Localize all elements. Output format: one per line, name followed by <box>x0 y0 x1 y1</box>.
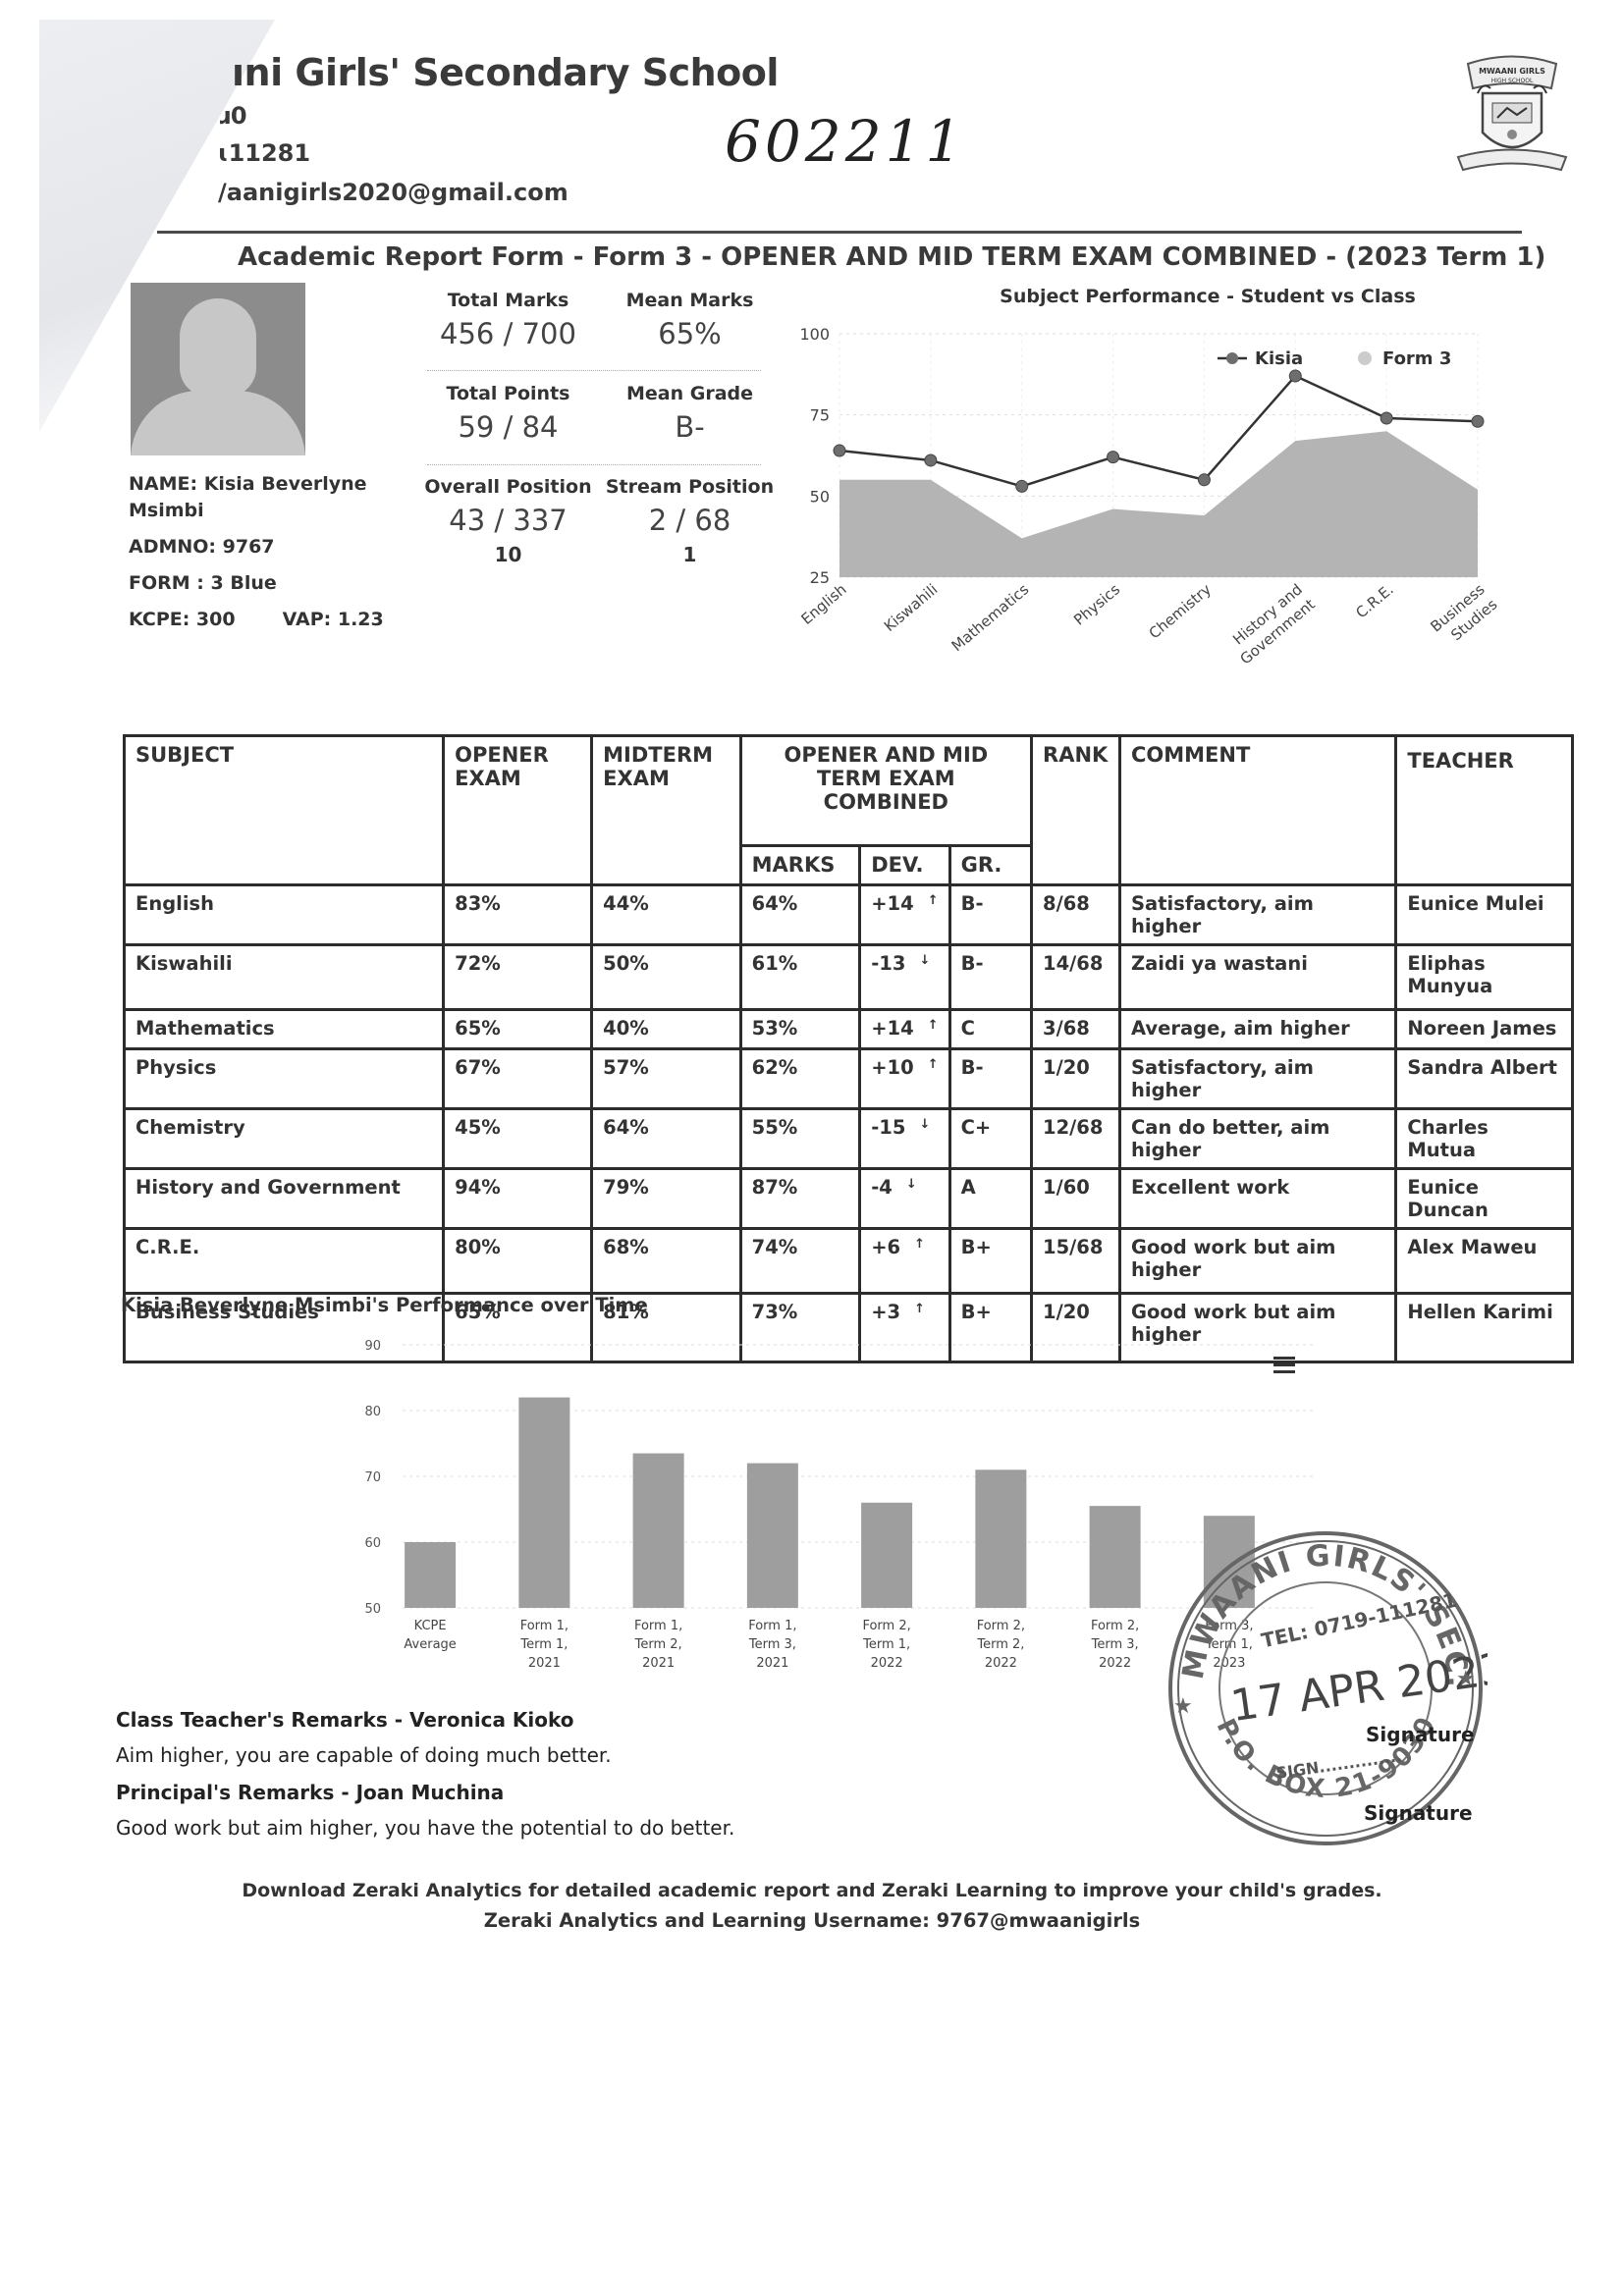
svg-text:Term 2,: Term 2, <box>634 1637 682 1652</box>
marks-cell: 61% <box>740 945 860 1010</box>
subject-cell: Mathematics <box>125 1010 444 1049</box>
opener-cell: 80% <box>444 1229 592 1294</box>
svg-text:2021: 2021 <box>528 1656 561 1671</box>
opener-cell: 67% <box>444 1049 592 1109</box>
teacher-cell: Hellen Karimi <box>1396 1294 1573 1362</box>
student-form: FORM : 3 Blue <box>129 570 384 597</box>
grade-cell: A <box>949 1169 1031 1229</box>
midterm-cell: 64% <box>592 1109 740 1169</box>
table-row: Kiswahili72%50%61%-13↓B-14/68Zaidi ya wa… <box>125 945 1573 1010</box>
school-crest-icon: MWAANI GIRLS HIGH SCHOOL <box>1443 44 1581 182</box>
svg-text:80: 80 <box>364 1405 381 1419</box>
opener-cell: 45% <box>444 1109 592 1169</box>
opener-cell: 72% <box>444 945 592 1010</box>
opener-cell: 83% <box>444 885 592 945</box>
svg-text:Term 3,: Term 3, <box>1091 1637 1139 1652</box>
arrow-up-icon: ↑ <box>928 1018 939 1033</box>
svg-text:KCPE: KCPE <box>414 1619 447 1633</box>
bar <box>1090 1506 1141 1608</box>
results-table: SUBJECT OPENER EXAM MIDTERM EXAM OPENER … <box>123 734 1574 1363</box>
teacher-cell: Eunice Duncan <box>1396 1169 1573 1229</box>
header-teacher: TEACHER <box>1396 736 1573 885</box>
total-marks: Total Marks 456 / 700 <box>417 290 599 350</box>
svg-text:2021: 2021 <box>756 1656 788 1671</box>
handwritten-number: 602211 <box>725 108 965 175</box>
student-photo <box>131 283 305 455</box>
stats-divider <box>427 370 761 371</box>
mean-marks: Mean Marks 65% <box>599 290 781 350</box>
footer-username: Zeraki Analytics and Learning Username: … <box>0 1909 1624 1932</box>
svg-text:2022: 2022 <box>985 1656 1017 1671</box>
svg-text:★: ★ <box>1456 1667 1476 1691</box>
bar <box>405 1542 456 1608</box>
midterm-cell: 50% <box>592 945 740 1010</box>
arrow-up-icon: ↑ <box>928 893 939 908</box>
dev-cell: +6↑ <box>860 1229 949 1294</box>
address-line-1: ɹ0 <box>218 102 247 130</box>
stamp-date: 17 APR 2023 <box>1227 1643 1488 1732</box>
header-grade: GR. <box>949 846 1031 885</box>
stream-position: Stream Position 2 / 68 1 <box>599 476 781 566</box>
rank-cell: 12/68 <box>1032 1109 1120 1169</box>
svg-text:25: 25 <box>810 568 830 587</box>
footer-download-note: Download Zeraki Analytics for detailed a… <box>0 1880 1624 1901</box>
teacher-cell: Eunice Mulei <box>1396 885 1573 945</box>
class-teacher-remarks-heading: Class Teacher's Remarks - Veronica Kioko <box>116 1708 734 1732</box>
svg-text:Chemistry: Chemistry <box>1146 580 1215 642</box>
student-kcpe: KCPE: 300 <box>129 609 236 630</box>
header-midterm: MIDTERM EXAM <box>592 736 740 885</box>
grade-cell: B- <box>949 885 1031 945</box>
table-row: English83%44%64%+14↑B-8/68Satisfactory, … <box>125 885 1573 945</box>
header-rank: RANK <box>1032 736 1120 885</box>
comment-cell: Average, aim higher <box>1120 1010 1396 1049</box>
svg-text:Form 2,: Form 2, <box>1091 1619 1139 1633</box>
grade-cell: B+ <box>949 1229 1031 1294</box>
mean-grade: Mean Grade B- <box>599 383 781 444</box>
table-row: Chemistry45%64%55%-15↓C+12/68Can do bett… <box>125 1109 1573 1169</box>
table-row: C.R.E.80%68%74%+6↑B+15/68Good work but a… <box>125 1229 1573 1294</box>
header-dev: DEV. <box>860 846 949 885</box>
svg-text:Mathematics: Mathematics <box>948 580 1033 655</box>
bar <box>747 1464 798 1608</box>
rank-cell: 15/68 <box>1032 1229 1120 1294</box>
bar <box>518 1398 569 1608</box>
rank-cell: 8/68 <box>1032 885 1120 945</box>
dev-cell: -4↓ <box>860 1169 949 1229</box>
marks-cell: 74% <box>740 1229 860 1294</box>
svg-text:HIGH SCHOOL: HIGH SCHOOL <box>1491 78 1534 84</box>
svg-text:Term 2,: Term 2, <box>976 1637 1024 1652</box>
midterm-cell: 40% <box>592 1010 740 1049</box>
dev-cell: -13↓ <box>860 945 949 1010</box>
svg-text:90: 90 <box>364 1339 381 1354</box>
svg-text:60: 60 <box>364 1536 381 1551</box>
svg-text:2022: 2022 <box>871 1656 903 1671</box>
address-line-2: ɩ11281 <box>218 139 310 167</box>
svg-text:Form 1,: Form 1, <box>748 1619 796 1633</box>
header-combined: OPENER AND MID TERM EXAM COMBINED <box>740 736 1031 846</box>
student-info: NAME: Kisia Beverlyne Msimbi ADMNO: 9767… <box>129 471 384 643</box>
svg-text:50: 50 <box>810 487 830 506</box>
school-name: ıni Girls' Secondary School <box>232 51 779 94</box>
midterm-cell: 79% <box>592 1169 740 1229</box>
svg-text:Form 2,: Form 2, <box>862 1619 910 1633</box>
student-vap: VAP: 1.23 <box>283 609 384 630</box>
dev-cell: +14↑ <box>860 1010 949 1049</box>
dev-cell: -15↓ <box>860 1109 949 1169</box>
svg-text:Average: Average <box>404 1637 456 1652</box>
marks-cell: 64% <box>740 885 860 945</box>
header-subject: SUBJECT <box>125 736 444 885</box>
grade-cell: C <box>949 1010 1031 1049</box>
subject-cell: C.R.E. <box>125 1229 444 1294</box>
subject-cell: History and Government <box>125 1169 444 1229</box>
marks-cell: 55% <box>740 1109 860 1169</box>
teacher-cell: Noreen James <box>1396 1010 1573 1049</box>
dev-cell: +14↑ <box>860 885 949 945</box>
svg-text:C.R.E.: C.R.E. <box>1352 580 1396 621</box>
bar <box>861 1503 912 1608</box>
principal-remarks-text: Good work but aim higher, you have the p… <box>116 1816 734 1840</box>
svg-text:Term 1,: Term 1, <box>519 1637 568 1652</box>
total-points: Total Points 59 / 84 <box>417 383 599 444</box>
header-comment: COMMENT <box>1120 736 1396 885</box>
comment-cell: Can do better, aim higher <box>1120 1109 1396 1169</box>
subject-cell: Chemistry <box>125 1109 444 1169</box>
svg-text:Form 1,: Form 1, <box>520 1619 568 1633</box>
student-name: NAME: Kisia Beverlyne Msimbi <box>129 471 384 524</box>
svg-text:2021: 2021 <box>642 1656 675 1671</box>
subject-cell: Physics <box>125 1049 444 1109</box>
comment-cell: Zaidi ya wastani <box>1120 945 1396 1010</box>
legend-form3: Form 3 <box>1382 348 1451 369</box>
teacher-cell: Alex Maweu <box>1396 1229 1573 1294</box>
arrow-up-icon: ↑ <box>928 1057 939 1072</box>
subject-performance-chart: Subject Performance - Student vs Class25… <box>785 285 1512 697</box>
midterm-cell: 68% <box>592 1229 740 1294</box>
subject-cell: Kiswahili <box>125 945 444 1010</box>
svg-text:★: ★ <box>1173 1694 1193 1719</box>
arrow-up-icon: ↑ <box>914 1302 925 1316</box>
bar <box>633 1454 684 1608</box>
arrow-down-icon: ↓ <box>919 953 930 968</box>
header-divider <box>157 231 1522 234</box>
class-teacher-remarks-text: Aim higher, you are capable of doing muc… <box>116 1743 734 1767</box>
svg-text:MWAANI GIRLS: MWAANI GIRLS <box>1479 67 1545 76</box>
header-opener: OPENER EXAM <box>444 736 592 885</box>
teacher-cell: Charles Mutua <box>1396 1109 1573 1169</box>
table-row: History and Government94%79%87%-4↓A1/60E… <box>125 1169 1573 1229</box>
comment-cell: Satisfactory, aim higher <box>1120 1049 1396 1109</box>
svg-text:Term 3,: Term 3, <box>748 1637 796 1652</box>
grade-cell: B- <box>949 945 1031 1010</box>
line-chart-title: Subject Performance - Student vs Class <box>1000 286 1416 307</box>
overall-position: Overall Position 43 / 337 10 <box>407 476 609 566</box>
midterm-cell: 44% <box>592 885 740 945</box>
comment-cell: Excellent work <box>1120 1169 1396 1229</box>
comment-cell: Satisfactory, aim higher <box>1120 885 1396 945</box>
arrow-down-icon: ↓ <box>919 1117 930 1132</box>
dev-cell: +10↑ <box>860 1049 949 1109</box>
arrow-up-icon: ↑ <box>914 1237 925 1252</box>
svg-text:2022: 2022 <box>1099 1656 1131 1671</box>
svg-text:75: 75 <box>810 406 830 425</box>
svg-text:Term 1,: Term 1, <box>862 1637 910 1652</box>
opener-cell: 65% <box>444 1010 592 1049</box>
remarks-section: Class Teacher's Remarks - Veronica Kioko… <box>116 1708 734 1853</box>
form3-area <box>839 431 1478 577</box>
svg-text:100: 100 <box>799 325 830 344</box>
legend-kisia: Kisia <box>1255 348 1303 369</box>
grade-cell: B- <box>949 1049 1031 1109</box>
student-admno: ADMNO: 9767 <box>129 534 384 561</box>
midterm-cell: 57% <box>592 1049 740 1109</box>
svg-text:Kiswahili: Kiswahili <box>881 580 942 635</box>
arrow-down-icon: ↓ <box>906 1177 917 1192</box>
opener-cell: 94% <box>444 1169 592 1229</box>
principal-remarks-heading: Principal's Remarks - Joan Muchina <box>116 1781 734 1804</box>
chart-menu-icon[interactable] <box>1273 1357 1295 1374</box>
report-title: Academic Report Form - Form 3 - OPENER A… <box>238 242 1545 272</box>
school-email: /aanigirls2020@gmail.com <box>218 179 568 206</box>
signature-label-2: Signature <box>1364 1801 1473 1825</box>
rank-cell: 1/20 <box>1032 1049 1120 1109</box>
subject-cell: English <box>125 885 444 945</box>
table-row: Mathematics65%40%53%+14↑C3/68Average, ai… <box>125 1010 1573 1049</box>
svg-text:English: English <box>798 580 850 628</box>
header-marks: MARKS <box>740 846 860 885</box>
svg-text:50: 50 <box>364 1602 381 1617</box>
teacher-cell: Eliphas Munyua <box>1396 945 1573 1010</box>
rank-cell: 1/60 <box>1032 1169 1120 1229</box>
teacher-cell: Sandra Albert <box>1396 1049 1573 1109</box>
svg-text:Form 1,: Form 1, <box>634 1619 682 1633</box>
marks-cell: 62% <box>740 1049 860 1109</box>
comment-cell: Good work but aim higher <box>1120 1229 1396 1294</box>
svg-text:Physics: Physics <box>1070 580 1123 629</box>
stats-divider <box>427 464 761 465</box>
marks-cell: 53% <box>740 1010 860 1049</box>
table-row: Physics67%57%62%+10↑B-1/20Satisfactory, … <box>125 1049 1573 1109</box>
svg-text:70: 70 <box>364 1470 381 1485</box>
svg-text:Form 2,: Form 2, <box>977 1619 1025 1633</box>
signature-label-1: Signature <box>1366 1723 1475 1746</box>
rank-cell: 14/68 <box>1032 945 1120 1010</box>
marks-cell: 87% <box>740 1169 860 1229</box>
grade-cell: C+ <box>949 1109 1031 1169</box>
rank-cell: 3/68 <box>1032 1010 1120 1049</box>
bar <box>975 1469 1026 1608</box>
performance-title: Kisia Beverlyne Msimbi's Performance ove… <box>121 1294 648 1316</box>
